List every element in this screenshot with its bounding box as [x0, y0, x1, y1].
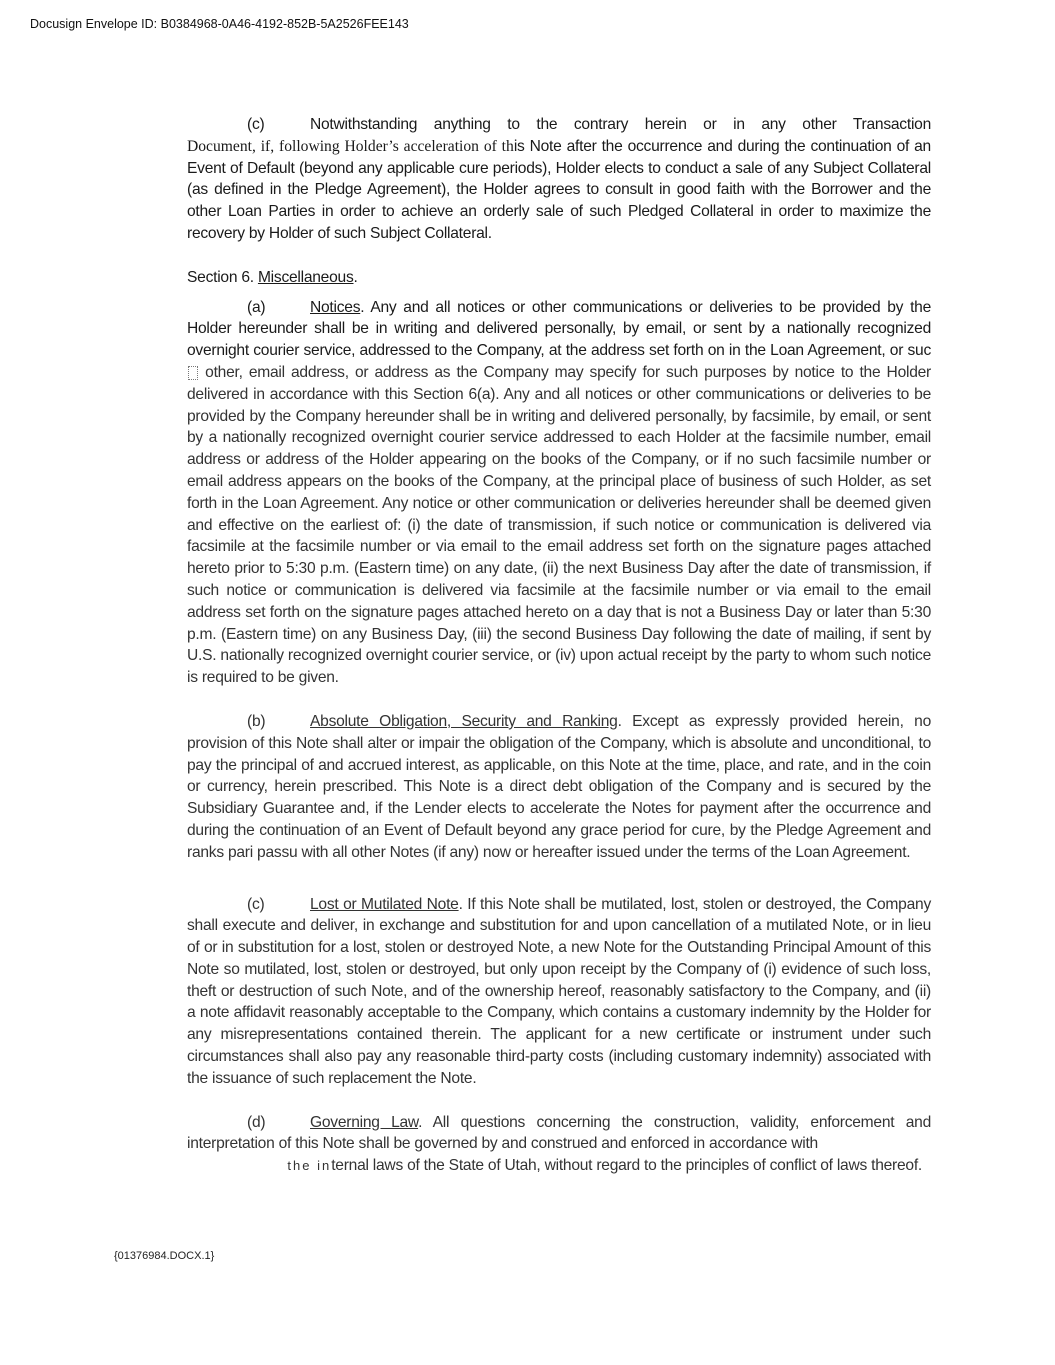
clause-title: Absolute Obligation, Security and Rankin… [310, 713, 618, 730]
section-5c-paragraph: (c)Notwithstanding anything to the contr… [187, 114, 931, 136]
clause-label: (b) [247, 711, 310, 733]
serif-text-run: Document, if, following Holder’s acceler… [187, 138, 514, 155]
clause-title: Notices [310, 299, 360, 316]
clause-6d-governing-law: (d)Governing Law. All questions concerni… [187, 1112, 931, 1156]
clause-label: (d) [247, 1112, 310, 1134]
docusign-envelope-id: Docusign Envelope ID: B0384968-0A46-4192… [30, 17, 409, 31]
clause-title: Governing Law [310, 1114, 418, 1131]
clause-first-line: Notwithstanding anything to the contrary… [310, 116, 931, 133]
clause-label: (a) [247, 297, 310, 319]
clause-last-line: ternal laws of the State of Utah, withou… [331, 1157, 922, 1174]
section-title: Miscellaneous [258, 269, 354, 286]
clause-text: . Except as expressly provided herein, n… [187, 713, 931, 861]
section-prefix: Section 6. [187, 269, 258, 286]
section-6-heading: Section 6. Miscellaneous. [187, 267, 931, 289]
text-cursor-icon [188, 366, 198, 380]
clause-text-continued: other, email address, or address as the … [187, 364, 931, 686]
section-5c-body: Document, if, following Holder’s acceler… [187, 136, 931, 245]
document-page: (c)Notwithstanding anything to the contr… [187, 114, 931, 1177]
clause-6d-last-line: the internal laws of the State of Utah, … [187, 1155, 931, 1177]
section-suffix: . [354, 269, 358, 286]
clause-label: (c) [247, 114, 310, 136]
clause-6a-notices: (a)Notices. Any and all notices or other… [187, 297, 931, 689]
overlap-glyphs: the in [287, 1158, 331, 1173]
clause-6c-lost-note: (c)Lost or Mutilated Note. If this Note … [187, 894, 931, 1090]
clause-text: . If this Note shall be mutilated, lost,… [187, 896, 931, 1087]
clause-label: (c) [247, 894, 310, 916]
clause-6b-absolute-obligation: (b)Absolute Obligation, Security and Ran… [187, 711, 931, 864]
clause-title: Lost or Mutilated Note [310, 896, 459, 913]
document-footer-id: {01376984.DOCX.1} [114, 1250, 214, 1262]
